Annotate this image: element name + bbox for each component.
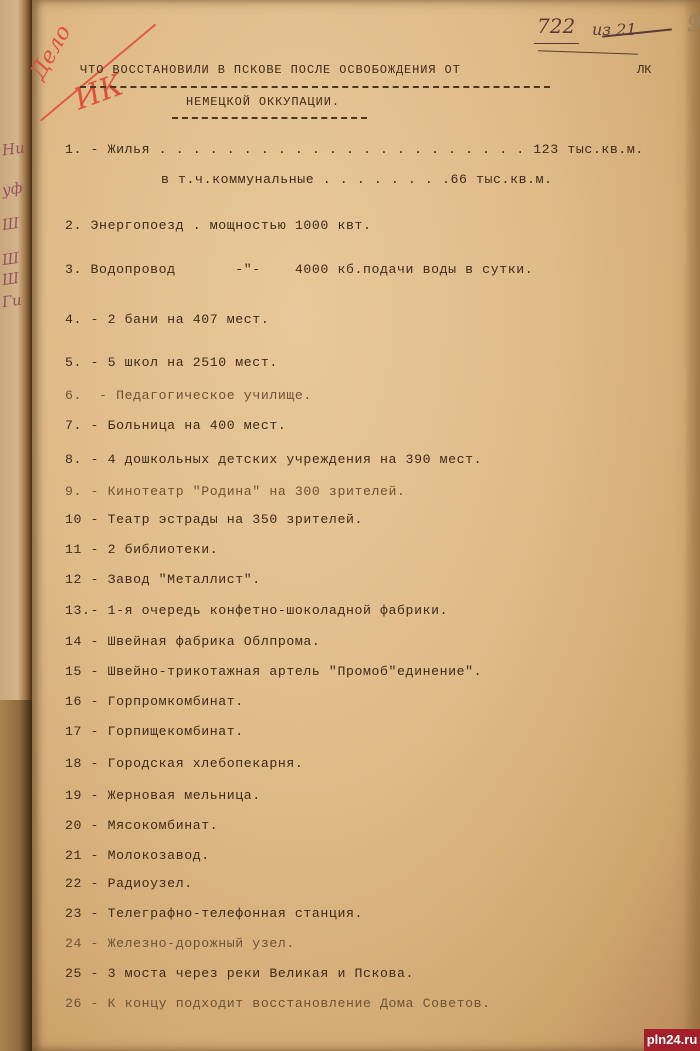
item-text: Педагогическое училище. [116,388,312,403]
list-item: 2. Энергопоезд . мощностью 1000 квт. [65,218,372,233]
list-item: 14 - Швейная фабрика Облпрома. [65,634,320,649]
item-number: 9. - [65,484,99,499]
item-number: 12 - [65,572,99,587]
item-text: Водопровод -"- 4000 кб.подачи воды в сут… [91,262,534,277]
item-text: 1-я очередь конфетно-шоколадной фабрики. [108,603,449,618]
item-text: Телеграфно-телефонная станция. [108,906,363,921]
item-number: 4. - [65,312,99,327]
item-text: Больница на 400 мест. [108,418,287,433]
list-item: 24 - Железно-дорожный узел. [65,936,295,951]
item-text: 2 библиотеки. [108,542,219,557]
item-number: 7. - [65,418,99,433]
item-text: Мясокомбинат. [108,818,219,833]
item-text: в т.ч.коммунальные . . . . . . . .66 тыс… [161,172,553,187]
item-text: Театр эстрады на 350 зрителей. [108,512,363,527]
list-item: 8. - 4 дошкольных детских учреждения на … [65,452,482,467]
margin-note: Ш [1,249,20,269]
item-number: 16 - [65,694,99,709]
item-number: 1. - [65,142,99,157]
item-number: 18 - [65,756,99,771]
item-text: Горпромкомбинат. [108,694,244,709]
item-number: 15 - [65,664,99,679]
item-text: Молокозавод. [108,848,210,863]
item-text: Швейно-трикотажная артель "Промоб"единен… [108,664,483,679]
item-text: Кинотеатр "Родина" на 300 зрителей. [108,484,406,499]
list-item: в т.ч.коммунальные . . . . . . . .66 тыс… [161,172,553,187]
item-text: Городская хлебопекарня. [108,756,304,771]
list-item: 16 - Горпромкомбинат. [65,694,244,709]
item-number: 14 - [65,634,99,649]
item-number: 11 - [65,542,99,557]
item-number: 3. [65,262,82,277]
list-item: 21 - Молокозавод. [65,848,210,863]
item-number: 25 - [65,966,99,981]
margin-note: Ш [1,269,20,289]
item-text: Энергопоезд . мощностью 1000 квт. [91,218,372,233]
title-rule [80,86,550,88]
page-edge [684,0,700,1051]
list-item: 13.- 1-я очередь конфетно-шоколадной фаб… [65,603,448,618]
margin-note: Ни [1,139,26,160]
item-number: 6. - [65,388,108,403]
document-code: ЛК [637,63,651,77]
item-number: 17 - [65,724,99,739]
item-text: Горпищекомбинат. [108,724,244,739]
item-number: 8. - [65,452,99,467]
list-item: 9. - Кинотеатр "Родина" на 300 зрителей. [65,484,406,499]
item-text: К концу подходит восстановление Дома Сов… [108,996,491,1011]
list-item: 3. Водопровод -"- 4000 кб.подачи воды в … [65,262,533,277]
margin-note: Ш [1,214,20,234]
item-number: 19 - [65,788,99,803]
document-subtitle: НЕМЕЦКОЙ ОККУПАЦИИ. [186,95,340,109]
margin-note: Ги [1,291,23,312]
item-number: 10 - [65,512,99,527]
list-item: 10 - Театр эстрады на 350 зрителей. [65,512,363,527]
item-number: 21 - [65,848,99,863]
list-item: 11 - 2 библиотеки. [65,542,218,557]
item-text: 4 дошкольных детских учреждения на 390 м… [108,452,483,467]
list-item: 22 - Радиоузел. [65,876,193,891]
item-number: 2. [65,218,82,233]
item-text: 2 бани на 407 мест. [108,312,270,327]
item-number: 13.- [65,603,99,618]
margin-note: уф [1,179,24,200]
list-item: 18 - Городская хлебопекарня. [65,756,303,771]
item-number: 24 - [65,936,99,951]
binding-strip-lower [0,700,32,1051]
item-text: Жилья . . . . . . . . . . . . . . . . . … [108,142,644,157]
document-page: 722 из 21 92 Дело ИК ЧТО ВОССТАНОВИЛИ В … [32,0,700,1051]
item-number: 22 - [65,876,99,891]
item-text: Жерновая мельница. [108,788,261,803]
watermark: pln24.ru [644,1029,700,1051]
subtitle-rule [172,117,367,119]
list-item: 23 - Телеграфно-телефонная станция. [65,906,363,921]
list-item: 17 - Горпищекомбинат. [65,724,244,739]
red-annotation: Дело [26,21,77,84]
list-item: 26 - К концу подходит восстановление Дом… [65,996,491,1011]
item-text: 5 школ на 2510 мест. [108,355,278,370]
list-item: 19 - Жерновая мельница. [65,788,261,803]
list-item: 4. - 2 бани на 407 мест. [65,312,269,327]
underline [538,50,638,54]
item-text: Железно-дорожный узел. [108,936,295,951]
item-number: 20 - [65,818,99,833]
item-number: 26 - [65,996,99,1011]
list-item: 12 - Завод "Металлист". [65,572,261,587]
item-text: Радиоузел. [108,876,193,891]
archive-number: 722 [537,14,575,38]
item-text: Швейная фабрика Облпрома. [108,634,321,649]
list-item: 20 - Мясокомбинат. [65,818,218,833]
list-item: 7. - Больница на 400 мест. [65,418,286,433]
list-item: 5. - 5 школ на 2510 мест. [65,355,278,370]
page-number: 92 [687,12,700,37]
list-item: 15 - Швейно-трикотажная артель "Промоб"е… [65,664,482,679]
item-number: 23 - [65,906,99,921]
list-item: 25 - 3 моста через реки Великая и Пскова… [65,966,414,981]
item-text: Завод "Металлист". [108,572,261,587]
item-number: 5. - [65,355,99,370]
item-text: 3 моста через реки Великая и Пскова. [108,966,415,981]
list-item: 1. - Жилья . . . . . . . . . . . . . . .… [65,142,644,157]
underline [534,43,579,44]
list-item: 6. - Педагогическое училище. [65,388,312,403]
document-title: ЧТО ВОССТАНОВИЛИ В ПСКОВЕ ПОСЛЕ ОСВОБОЖД… [80,63,461,77]
